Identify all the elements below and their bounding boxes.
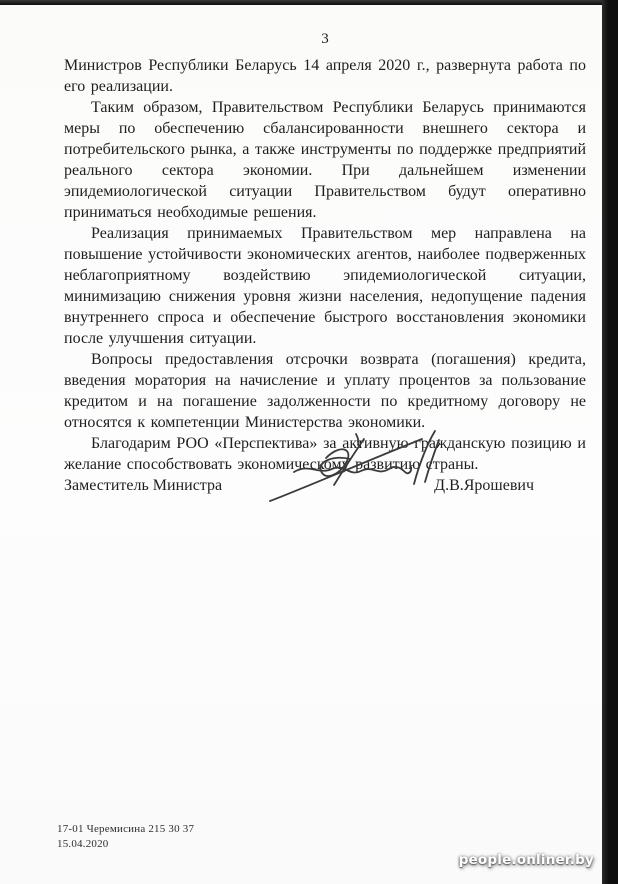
body-paragraph: Министров Республики Беларусь 14 апреля … [64, 55, 586, 97]
signatory-title: Заместитель Министра [64, 475, 222, 496]
signature-block: Заместитель Министра Д.В.Ярошевич [64, 475, 586, 496]
scan-edge-top [0, 0, 613, 5]
watermark: people.onliner.by [459, 852, 594, 868]
body-paragraph: Благодарим РОО «Перспектива» за активную… [64, 433, 586, 475]
body-paragraph: Таким образом, Правительством Республики… [64, 97, 586, 223]
letter-content: 3 Министров Республики Беларусь 14 апрел… [64, 28, 586, 496]
footer-reference: 17-01 Черемисина 215 30 37 15.04.2020 [57, 822, 194, 852]
scan-edge-right [602, 0, 618, 884]
scanned-letter-page: 3 Министров Республики Беларусь 14 апрел… [0, 0, 618, 884]
signatory-name: Д.В.Ярошевич [434, 475, 534, 496]
footer-contact: 17-01 Черемисина 215 30 37 [57, 822, 194, 837]
page-number: 3 [64, 28, 586, 50]
footer-date: 15.04.2020 [57, 837, 194, 852]
body-paragraph: Вопросы предоставления отсрочки возврата… [64, 349, 586, 433]
body-paragraph: Реализация принимаемых Правительством ме… [64, 223, 586, 349]
